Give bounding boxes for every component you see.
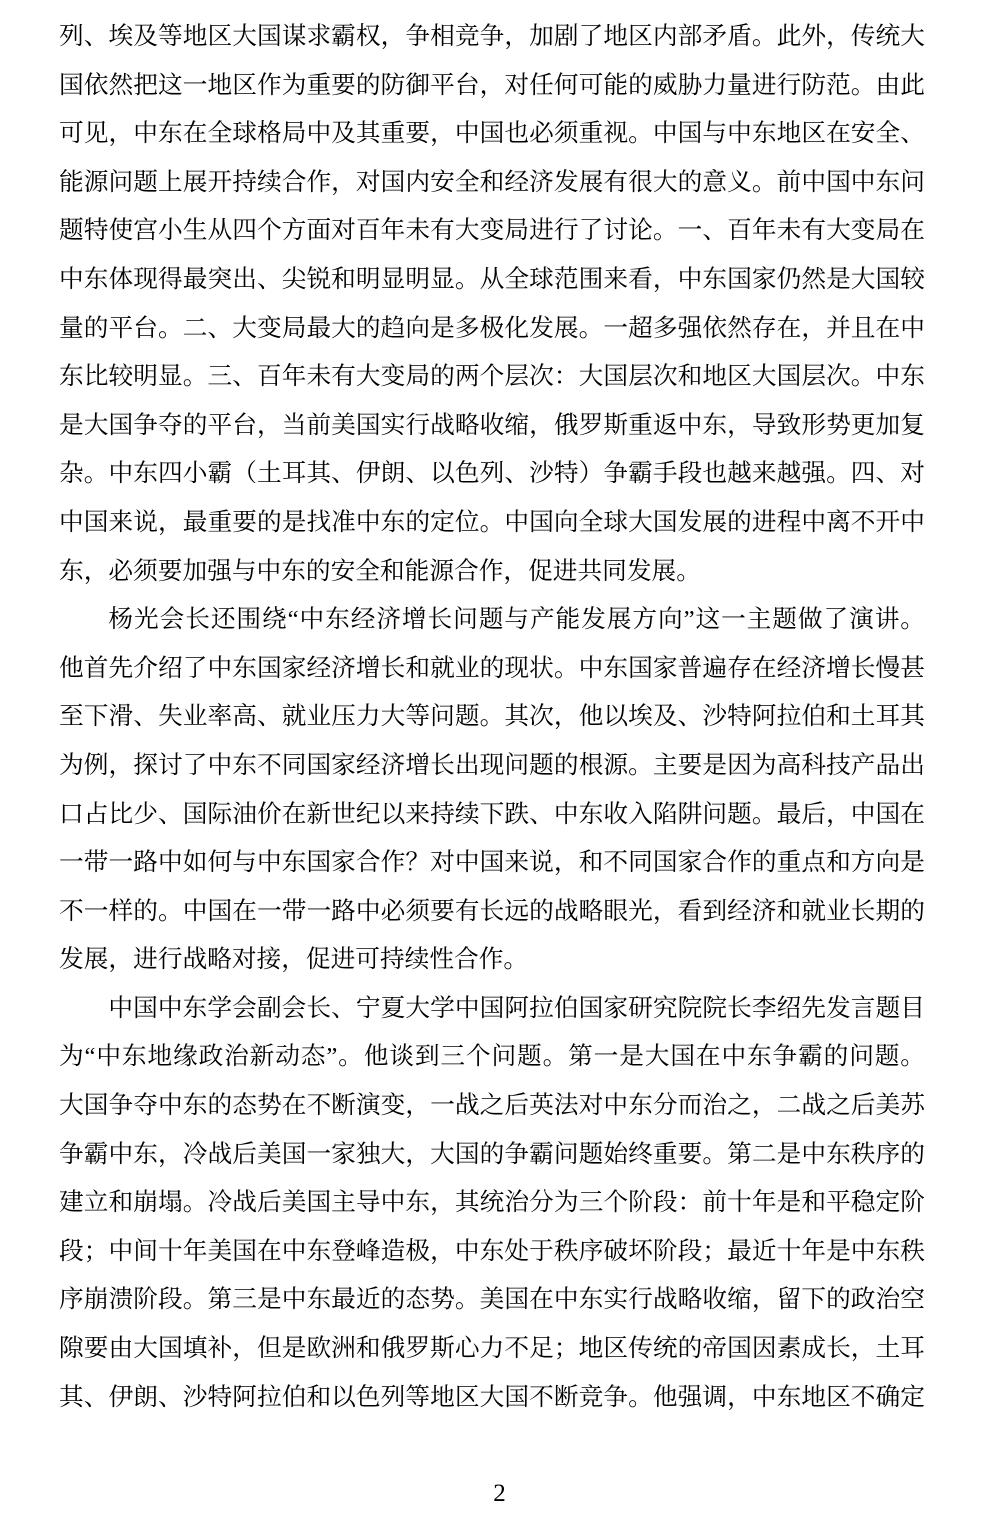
text-line: 大国争夺中东的态势在不断演变，一战之后英法对中东分而治之，二战之后美苏 [59,1082,925,1131]
text-line: 国依然把这一地区作为重要的防御平台，对任何可能的威胁力量进行防范。由此 [59,62,925,111]
text-line: 是大国争夺的平台，当前美国实行战略收缩，俄罗斯重返中东，导致形势更加复 [59,402,925,451]
text-line: 可见，中东在全球格局中及其重要，中国也必须重视。中国与中东地区在安全、 [59,110,925,159]
text-line: 杨光会长还围绕“中东经济增长问题与产能发展方向”这一主题做了演讲。 [59,596,925,645]
text-line: 口占比少、国际油价在新世纪以来持续下跌、中东收入陷阱问题。最后，中国在 [59,791,925,840]
text-line: 至下滑、失业率高、就业压力大等问题。其次，他以埃及、沙特阿拉伯和土耳其 [59,693,925,742]
text-line: 中国来说，最重要的是找准中东的定位。中国向全球大国发展的进程中离不开中 [59,499,925,548]
text-line: 题特使宫小生从四个方面对百年未有大变局进行了讨论。一、百年未有大变局在 [59,207,925,256]
text-line: 量的平台。二、大变局最大的趋向是多极化发展。一超多强依然存在，并且在中 [59,305,925,354]
text-line: 段；中间十年美国在中东登峰造极，中东处于秩序破坏阶段；最近十年是中东秩 [59,1228,925,1277]
text-line: 中东体现得最突出、尖锐和明显明显。从全球范围来看，中东国家仍然是大国较 [59,256,925,305]
text-line: 列、埃及等地区大国谋求霸权，争相竞争，加剧了地区内部矛盾。此外，传统大 [59,13,925,62]
document-body: 列、埃及等地区大国谋求霸权，争相竞争，加剧了地区内部矛盾。此外，传统大国依然把这… [59,13,925,1422]
text-line: 为例，探讨了中东不同国家经济增长出现问题的根源。主要是因为高科技产品出 [59,742,925,791]
text-line: 隙要由大国填补，但是欧洲和俄罗斯心力不足；地区传统的帝国因素成长，土耳 [59,1325,925,1374]
document-page: 列、埃及等地区大国谋求霸权，争相竞争，加剧了地区内部矛盾。此外，传统大国依然把这… [0,0,999,1515]
text-line: 能源问题上展开持续合作，对国内安全和经济发展有很大的意义。前中国中东问 [59,159,925,208]
text-line: 争霸中东，冷战后美国一家独大，大国的争霸问题始终重要。第二是中东秩序的 [59,1131,925,1180]
text-line: 他首先介绍了中东国家经济增长和就业的现状。中东国家普遍存在经济增长慢甚 [59,645,925,694]
text-line: 东，必须要加强与中东的安全和能源合作，促进共同发展。 [59,548,925,597]
text-line: 中国中东学会副会长、宁夏大学中国阿拉伯国家研究院院长李绍先发言题目 [59,985,925,1034]
text-line: 东比较明显。三、百年未有大变局的两个层次：大国层次和地区大国层次。中东 [59,353,925,402]
text-line: 杂。中东四小霸（土耳其、伊朗、以色列、沙特）争霸手段也越来越强。四、对 [59,450,925,499]
text-line: 发展，进行战略对接，促进可持续性合作。 [59,936,925,985]
text-line: 为“中东地缘政治新动态”。他谈到三个问题。第一是大国在中东争霸的问题。 [59,1033,925,1082]
text-line: 序崩溃阶段。第三是中东最近的态势。美国在中东实行战略收缩，留下的政治空 [59,1276,925,1325]
text-line: 一带一路中如何与中东国家合作？对中国来说，和不同国家合作的重点和方向是 [59,839,925,888]
text-line: 不一样的。中国在一带一路中必须要有长远的战略眼光，看到经济和就业长期的 [59,888,925,937]
page-number: 2 [0,1478,999,1510]
text-line: 建立和崩塌。冷战后美国主导中东，其统治分为三个阶段：前十年是和平稳定阶 [59,1179,925,1228]
text-line: 其、伊朗、沙特阿拉伯和以色列等地区大国不断竞争。他强调，中东地区不确定 [59,1374,925,1423]
